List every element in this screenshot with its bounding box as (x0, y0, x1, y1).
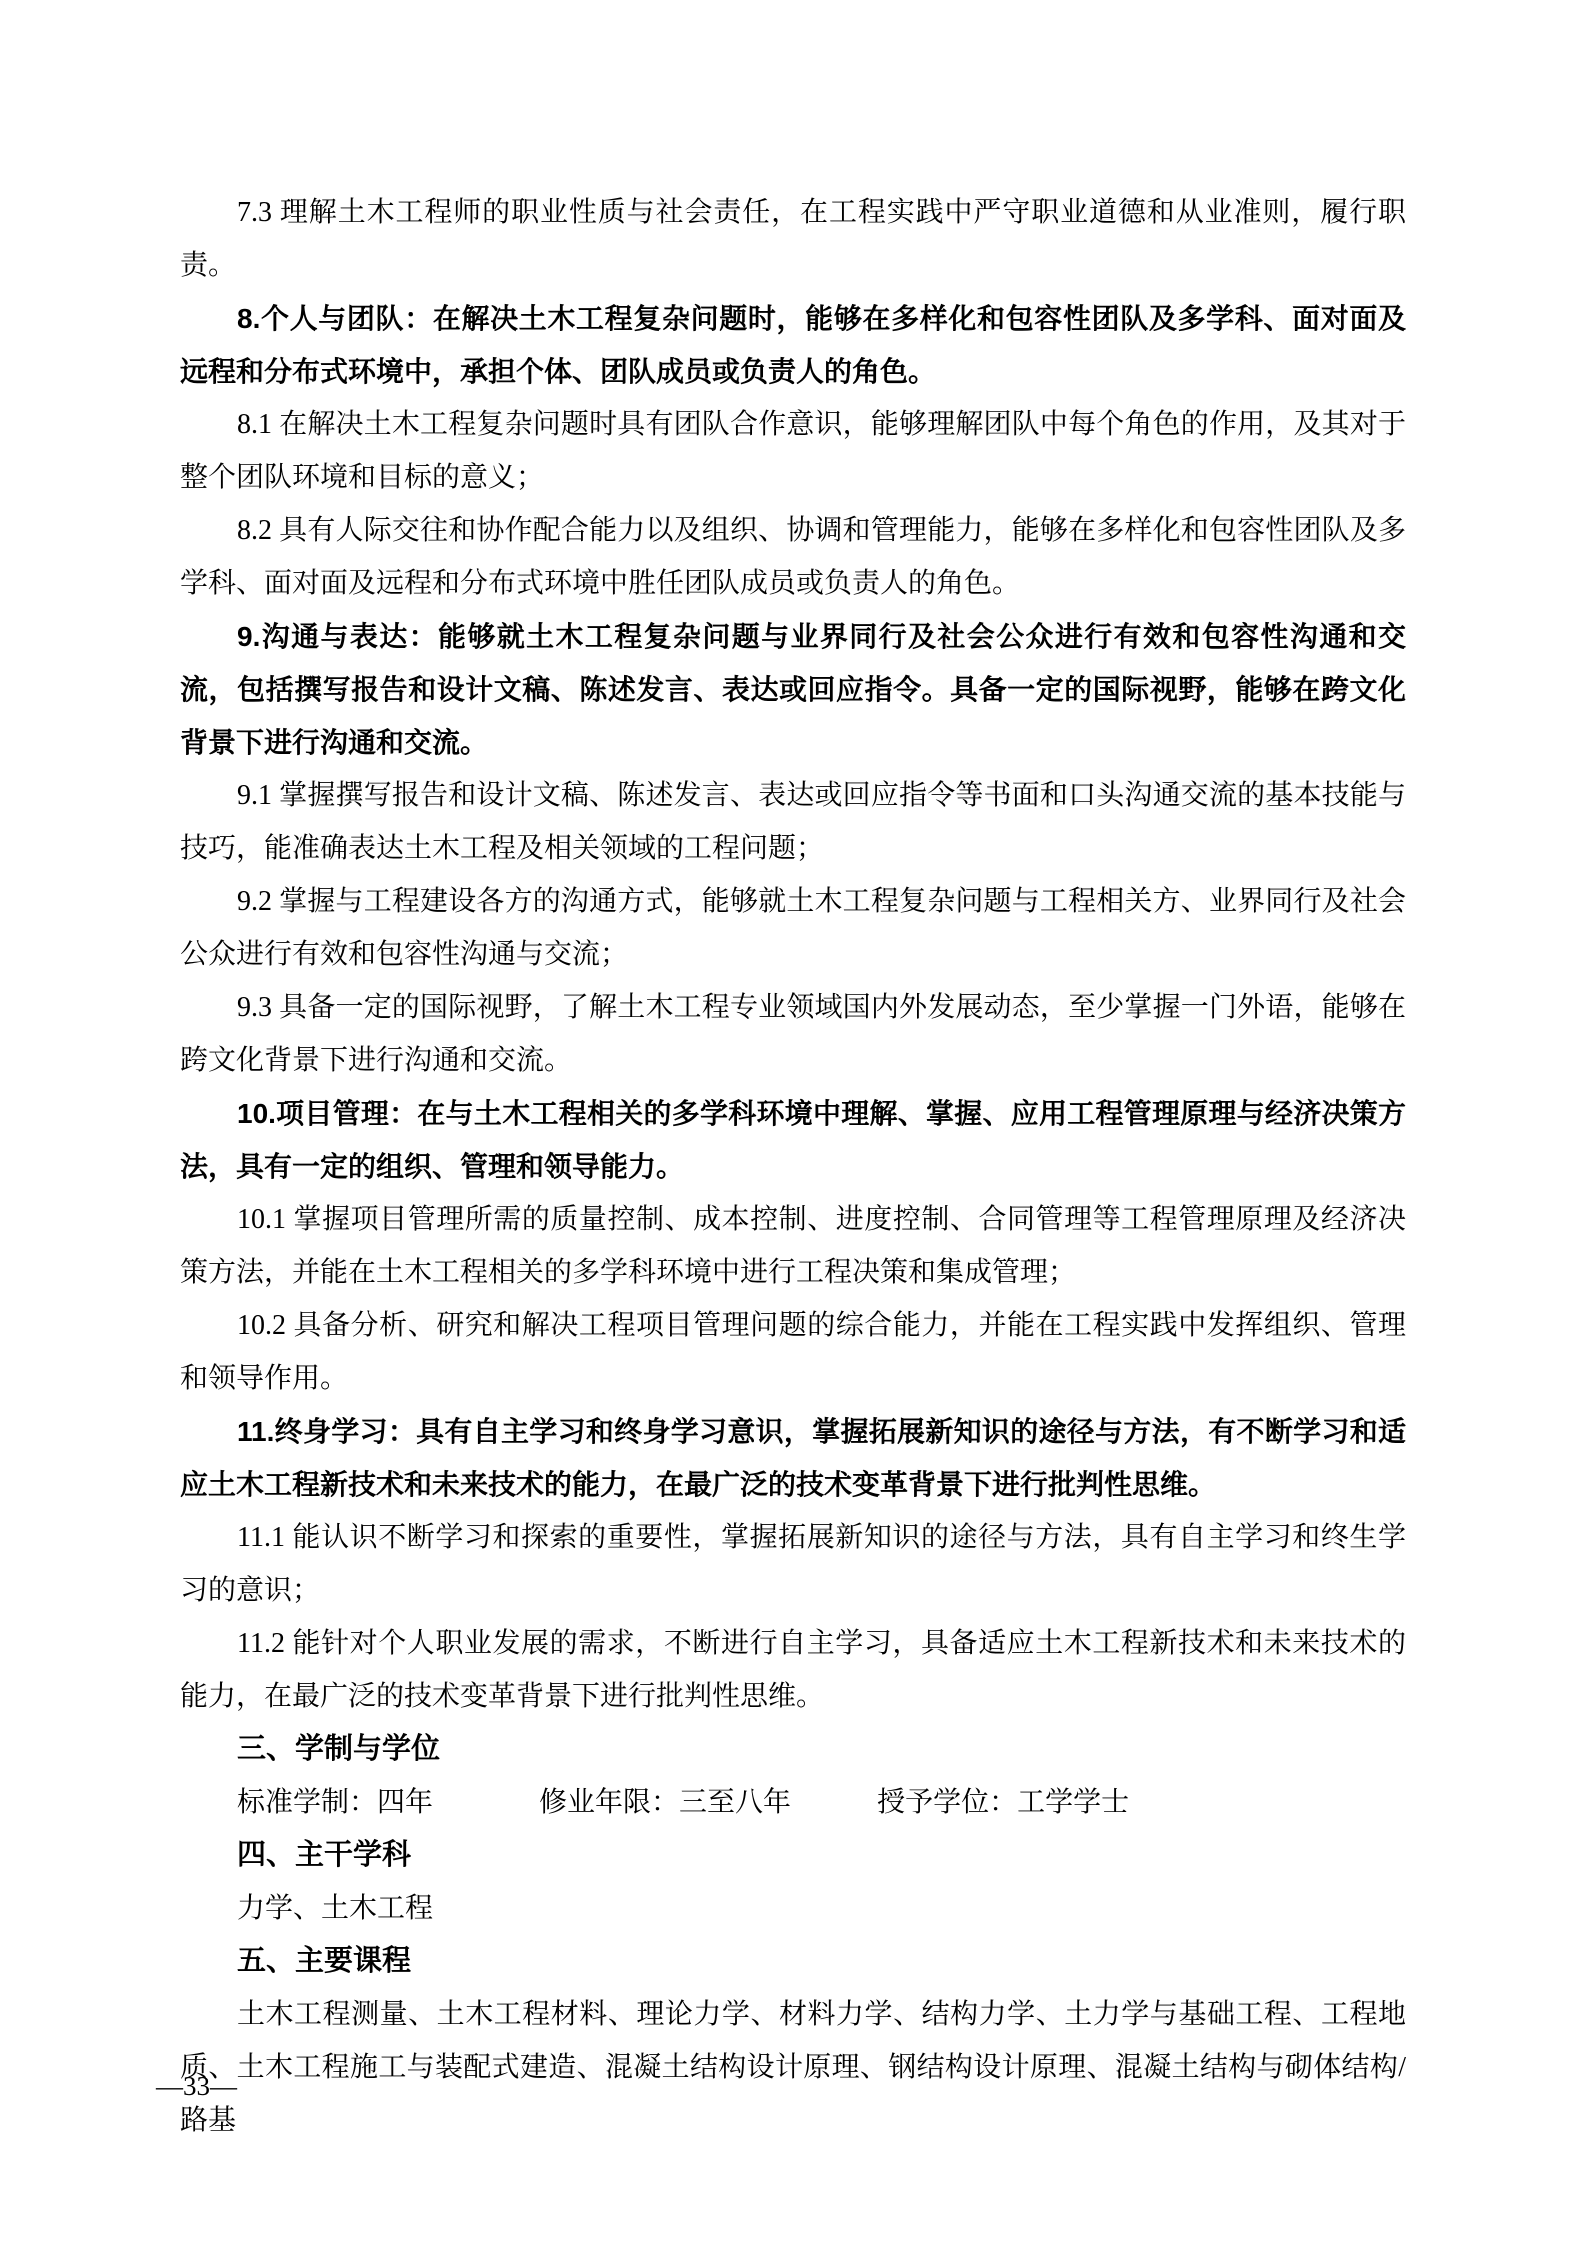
clause-10-1: 10.1 掌握项目管理所需的质量控制、成本控制、进度控制、合同管理等工程管理原理… (180, 1193, 1406, 1299)
main-disciplines: 力学、土木工程 (180, 1882, 1406, 1935)
clause-9-2: 9.2 掌握与工程建设各方的沟通方式，能够就土木工程复杂问题与工程相关方、业界同… (180, 875, 1406, 981)
awarded-degree: 授予学位：工学学士 (877, 1776, 1129, 1829)
document-page: 7.3 理解土木工程师的职业性质与社会责任，在工程实践中严守职业道德和从业准则，… (0, 0, 1586, 2245)
clause-10: 10.项目管理：在与土木工程相关的多学科环境中理解、掌握、应用工程管理原理与经济… (180, 1087, 1406, 1193)
clause-7-3: 7.3 理解土木工程师的职业性质与社会责任，在工程实践中严守职业道德和从业准则，… (180, 186, 1406, 292)
section-heading-main-courses: 五、主要课程 (180, 1935, 1406, 1988)
awarded-degree-label: 授予学位： (877, 1787, 1017, 1818)
clause-8-2: 8.2 具有人际交往和协作配合能力以及组织、协调和管理能力，能够在多样化和包容性… (180, 504, 1406, 610)
study-period: 修业年限：三至八年 (539, 1776, 791, 1829)
standard-duration-value: 四年 (377, 1787, 433, 1818)
document-body: 7.3 理解土木工程师的职业性质与社会责任，在工程实践中严守职业道德和从业准则，… (180, 186, 1406, 2147)
clause-8: 8.个人与团队：在解决土木工程复杂问题时，能够在多样化和包容性团队及多学科、面对… (180, 292, 1406, 398)
degree-line: 标准学制：四年修业年限：三至八年授予学位：工学学士 (180, 1776, 1406, 1829)
standard-duration: 标准学制：四年 (237, 1776, 433, 1829)
clause-8-1: 8.1 在解决土木工程复杂问题时具有团队合作意识，能够理解团队中每个角色的作用，… (180, 398, 1406, 504)
study-period-label: 修业年限： (539, 1787, 679, 1818)
clause-9-1: 9.1 掌握撰写报告和设计文稿、陈述发言、表达或回应指令等书面和口头沟通交流的基… (180, 769, 1406, 875)
clause-11-1: 11.1 能认识不断学习和探索的重要性，掌握拓展新知识的途径与方法，具有自主学习… (180, 1511, 1406, 1617)
standard-duration-label: 标准学制： (237, 1787, 377, 1818)
study-period-value: 三至八年 (679, 1787, 791, 1818)
clause-10-2: 10.2 具备分析、研究和解决工程项目管理问题的综合能力，并能在工程实践中发挥组… (180, 1299, 1406, 1405)
page-number: —33— (156, 2070, 237, 2102)
clause-9: 9.沟通与表达：能够就土木工程复杂问题与业界同行及社会公众进行有效和包容性沟通和… (180, 610, 1406, 769)
main-courses: 土木工程测量、土木工程材料、理论力学、材料力学、结构力学、土力学与基础工程、工程… (180, 1988, 1406, 2147)
clause-11: 11.终身学习：具有自主学习和终身学习意识，掌握拓展新知识的途径与方法，有不断学… (180, 1405, 1406, 1511)
awarded-degree-value: 工学学士 (1017, 1787, 1129, 1818)
clause-9-3: 9.3 具备一定的国际视野，了解土木工程专业领域国内外发展动态，至少掌握一门外语… (180, 981, 1406, 1087)
section-heading-main-disciplines: 四、主干学科 (180, 1829, 1406, 1882)
clause-11-2: 11.2 能针对个人职业发展的需求，不断进行自主学习，具备适应土木工程新技术和未… (180, 1617, 1406, 1723)
section-heading-duration-degree: 三、学制与学位 (180, 1723, 1406, 1776)
